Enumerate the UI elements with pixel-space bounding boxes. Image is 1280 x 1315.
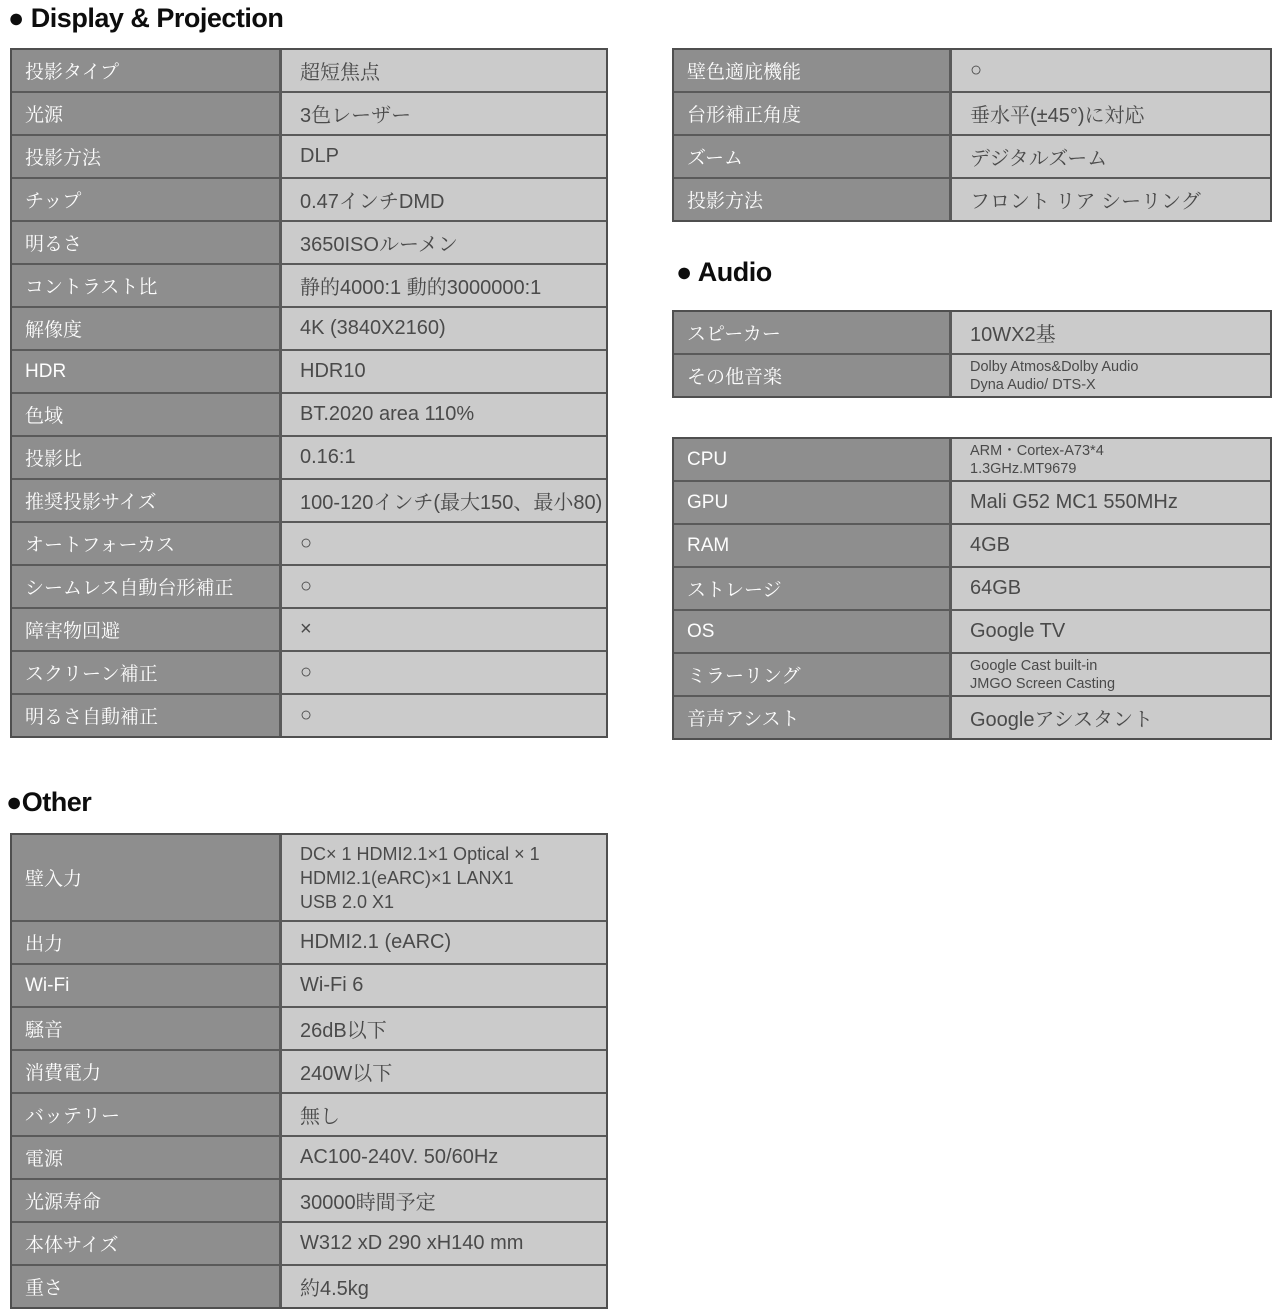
spec-value: BT.2020 area 110% [282,394,606,435]
table-display-projection-main: 投影タイプ超短焦点光源3色レーザー投影方法DLPチップ0.47インチDMD明るさ… [10,48,608,738]
section-title-display-projection: ● Display & Projection [8,3,283,34]
spec-label: 明るさ [12,222,282,263]
spec-row: 壁入力DC× 1 HDMI2.1×1 Optical × 1HDMI2.1(eA… [12,835,606,920]
spec-value-line: ARM・Cortex-A73*4 [970,442,1104,460]
spec-value: Mali G52 MC1 550MHz [952,482,1270,523]
spec-row: ストレージ64GB [674,566,1270,609]
spec-value: 240W以下 [282,1051,606,1092]
spec-row: 投影タイプ超短焦点 [12,50,606,91]
spec-value: DLP [282,136,606,177]
spec-label: 壁色適庇機能 [674,50,952,91]
spec-label: 電源 [12,1137,282,1178]
spec-label: 光源 [12,93,282,134]
spec-value: 3650ISOルーメン [282,222,606,263]
spec-value: 30000時間予定 [282,1180,606,1221]
spec-label: コントラスト比 [12,265,282,306]
spec-value: 10WX2基 [952,312,1270,353]
spec-label: 騒音 [12,1008,282,1049]
spec-value: ○ [282,652,606,693]
spec-row: 光源3色レーザー [12,91,606,134]
spec-label: オートフォーカス [12,523,282,564]
section-title-audio: ● Audio [676,257,772,288]
spec-value: 64GB [952,568,1270,609]
spec-row: 投影比0.16:1 [12,435,606,478]
spec-row: シームレス自動台形補正○ [12,564,606,607]
spec-label: 障害物回避 [12,609,282,650]
spec-row: 音声アシストGoogleアシスタント [674,695,1270,738]
spec-label: 重さ [12,1266,282,1307]
spec-value-line: HDMI2.1(eARC)×1 LANX1 [300,866,514,890]
spec-row: 明るさ3650ISOルーメン [12,220,606,263]
spec-value: HDR10 [282,351,606,392]
spec-label: OS [674,611,952,652]
spec-row: 出力HDMI2.1 (eARC) [12,920,606,963]
spec-value-line: JMGO Screen Casting [970,675,1115,693]
spec-value: 100-120インチ(最大150、最小80) [282,480,606,521]
spec-value: 4K (3840X2160) [282,308,606,349]
spec-value: DC× 1 HDMI2.1×1 Optical × 1HDMI2.1(eARC)… [282,835,606,920]
spec-value: 静的4000:1 動的3000000:1 [282,265,606,306]
spec-label: 投影比 [12,437,282,478]
spec-label: ストレージ [674,568,952,609]
spec-value: デジタルズーム [952,136,1270,177]
spec-value: 26dB以下 [282,1008,606,1049]
table-display-projection-side: 壁色適庇機能○台形補正角度垂水平(±45°)に対応ズームデジタルズーム投影方法フ… [672,48,1272,222]
spec-row: GPUMali G52 MC1 550MHz [674,480,1270,523]
spec-row: 推奨投影サイズ100-120インチ(最大150、最小80) [12,478,606,521]
spec-label: 投影方法 [674,179,952,220]
spec-value: Googleアシスタント [952,697,1270,738]
spec-label: 本体サイズ [12,1223,282,1264]
spec-value: 3色レーザー [282,93,606,134]
spec-row: チップ0.47インチDMD [12,177,606,220]
spec-value: ○ [282,695,606,736]
spec-label: 投影方法 [12,136,282,177]
spec-value-line: Dolby Atmos&Dolby Audio [970,358,1138,376]
spec-label: その他音楽 [674,355,952,396]
spec-row: 台形補正角度垂水平(±45°)に対応 [674,91,1270,134]
spec-label: 消費電力 [12,1051,282,1092]
spec-label: 解像度 [12,308,282,349]
spec-row: 障害物回避× [12,607,606,650]
spec-row: 解像度4K (3840X2160) [12,306,606,349]
spec-label: スクリーン補正 [12,652,282,693]
spec-row: 明るさ自動補正○ [12,693,606,736]
spec-row: ズームデジタルズーム [674,134,1270,177]
spec-row: スピーカー10WX2基 [674,312,1270,353]
spec-label: チップ [12,179,282,220]
spec-label: 投影タイプ [12,50,282,91]
spec-row: 壁色適庇機能○ [674,50,1270,91]
section-title-other: ●Other [6,787,91,818]
spec-label: 明るさ自動補正 [12,695,282,736]
spec-label: GPU [674,482,952,523]
spec-label: 光源寿命 [12,1180,282,1221]
spec-value: ○ [952,50,1270,91]
spec-value: 0.16:1 [282,437,606,478]
spec-row: 本体サイズW312 xD 290 xH140 mm [12,1221,606,1264]
spec-row: HDRHDR10 [12,349,606,392]
spec-value: Google TV [952,611,1270,652]
spec-value: Wi-Fi 6 [282,965,606,1006]
spec-value: AC100-240V. 50/60Hz [282,1137,606,1178]
spec-label: スピーカー [674,312,952,353]
spec-label: 色域 [12,394,282,435]
spec-row: 光源寿命30000時間予定 [12,1178,606,1221]
spec-row: 投影方法フロント リア シーリング [674,177,1270,220]
spec-row: Wi-FiWi-Fi 6 [12,963,606,1006]
spec-row: バッテリー無し [12,1092,606,1135]
spec-label: RAM [674,525,952,566]
spec-row: スクリーン補正○ [12,650,606,693]
spec-value: W312 xD 290 xH140 mm [282,1223,606,1264]
spec-value: 約4.5kg [282,1266,606,1307]
spec-value: × [282,609,606,650]
spec-value-line: DC× 1 HDMI2.1×1 Optical × 1 [300,842,540,866]
table-other: 壁入力DC× 1 HDMI2.1×1 Optical × 1HDMI2.1(eA… [10,833,608,1309]
spec-value: ARM・Cortex-A73*41.3GHz.MT9679 [952,439,1270,480]
spec-label: バッテリー [12,1094,282,1135]
spec-value: Dolby Atmos&Dolby AudioDyna Audio/ DTS-X [952,355,1270,396]
spec-row: コントラスト比静的4000:1 動的3000000:1 [12,263,606,306]
spec-row: 重さ約4.5kg [12,1264,606,1307]
spec-label: ズーム [674,136,952,177]
spec-label: 推奨投影サイズ [12,480,282,521]
spec-label: 壁入力 [12,835,282,920]
spec-row: ミラーリングGoogle Cast built-inJMGO Screen Ca… [674,652,1270,695]
table-audio: スピーカー10WX2基その他音楽Dolby Atmos&Dolby AudioD… [672,310,1272,398]
spec-value: Google Cast built-inJMGO Screen Casting [952,654,1270,695]
spec-label: Wi-Fi [12,965,282,1006]
spec-label: 音声アシスト [674,697,952,738]
spec-label: 台形補正角度 [674,93,952,134]
table-smart-system: CPUARM・Cortex-A73*41.3GHz.MT9679GPUMali … [672,437,1272,740]
spec-label: CPU [674,439,952,480]
spec-row: 消費電力240W以下 [12,1049,606,1092]
spec-value-line: Google Cast built-in [970,657,1097,675]
spec-value: 超短焦点 [282,50,606,91]
spec-row: RAM4GB [674,523,1270,566]
spec-row: CPUARM・Cortex-A73*41.3GHz.MT9679 [674,439,1270,480]
spec-row: OSGoogle TV [674,609,1270,652]
spec-row: 色域BT.2020 area 110% [12,392,606,435]
spec-label: 出力 [12,922,282,963]
spec-value: 垂水平(±45°)に対応 [952,93,1270,134]
spec-value: 無し [282,1094,606,1135]
spec-value: 4GB [952,525,1270,566]
spec-label: ミラーリング [674,654,952,695]
spec-value: HDMI2.1 (eARC) [282,922,606,963]
spec-label: HDR [12,351,282,392]
spec-value-line: Dyna Audio/ DTS-X [970,376,1096,394]
spec-label: シームレス自動台形補正 [12,566,282,607]
spec-row: 騒音26dB以下 [12,1006,606,1049]
spec-value: フロント リア シーリング [952,179,1270,220]
spec-row: 電源AC100-240V. 50/60Hz [12,1135,606,1178]
spec-value: 0.47インチDMD [282,179,606,220]
spec-row: 投影方法DLP [12,134,606,177]
spec-row: その他音楽Dolby Atmos&Dolby AudioDyna Audio/ … [674,353,1270,396]
spec-value: ○ [282,566,606,607]
spec-value-line: 1.3GHz.MT9679 [970,460,1076,478]
spec-value-line: USB 2.0 X1 [300,890,394,914]
spec-row: オートフォーカス○ [12,521,606,564]
spec-value: ○ [282,523,606,564]
